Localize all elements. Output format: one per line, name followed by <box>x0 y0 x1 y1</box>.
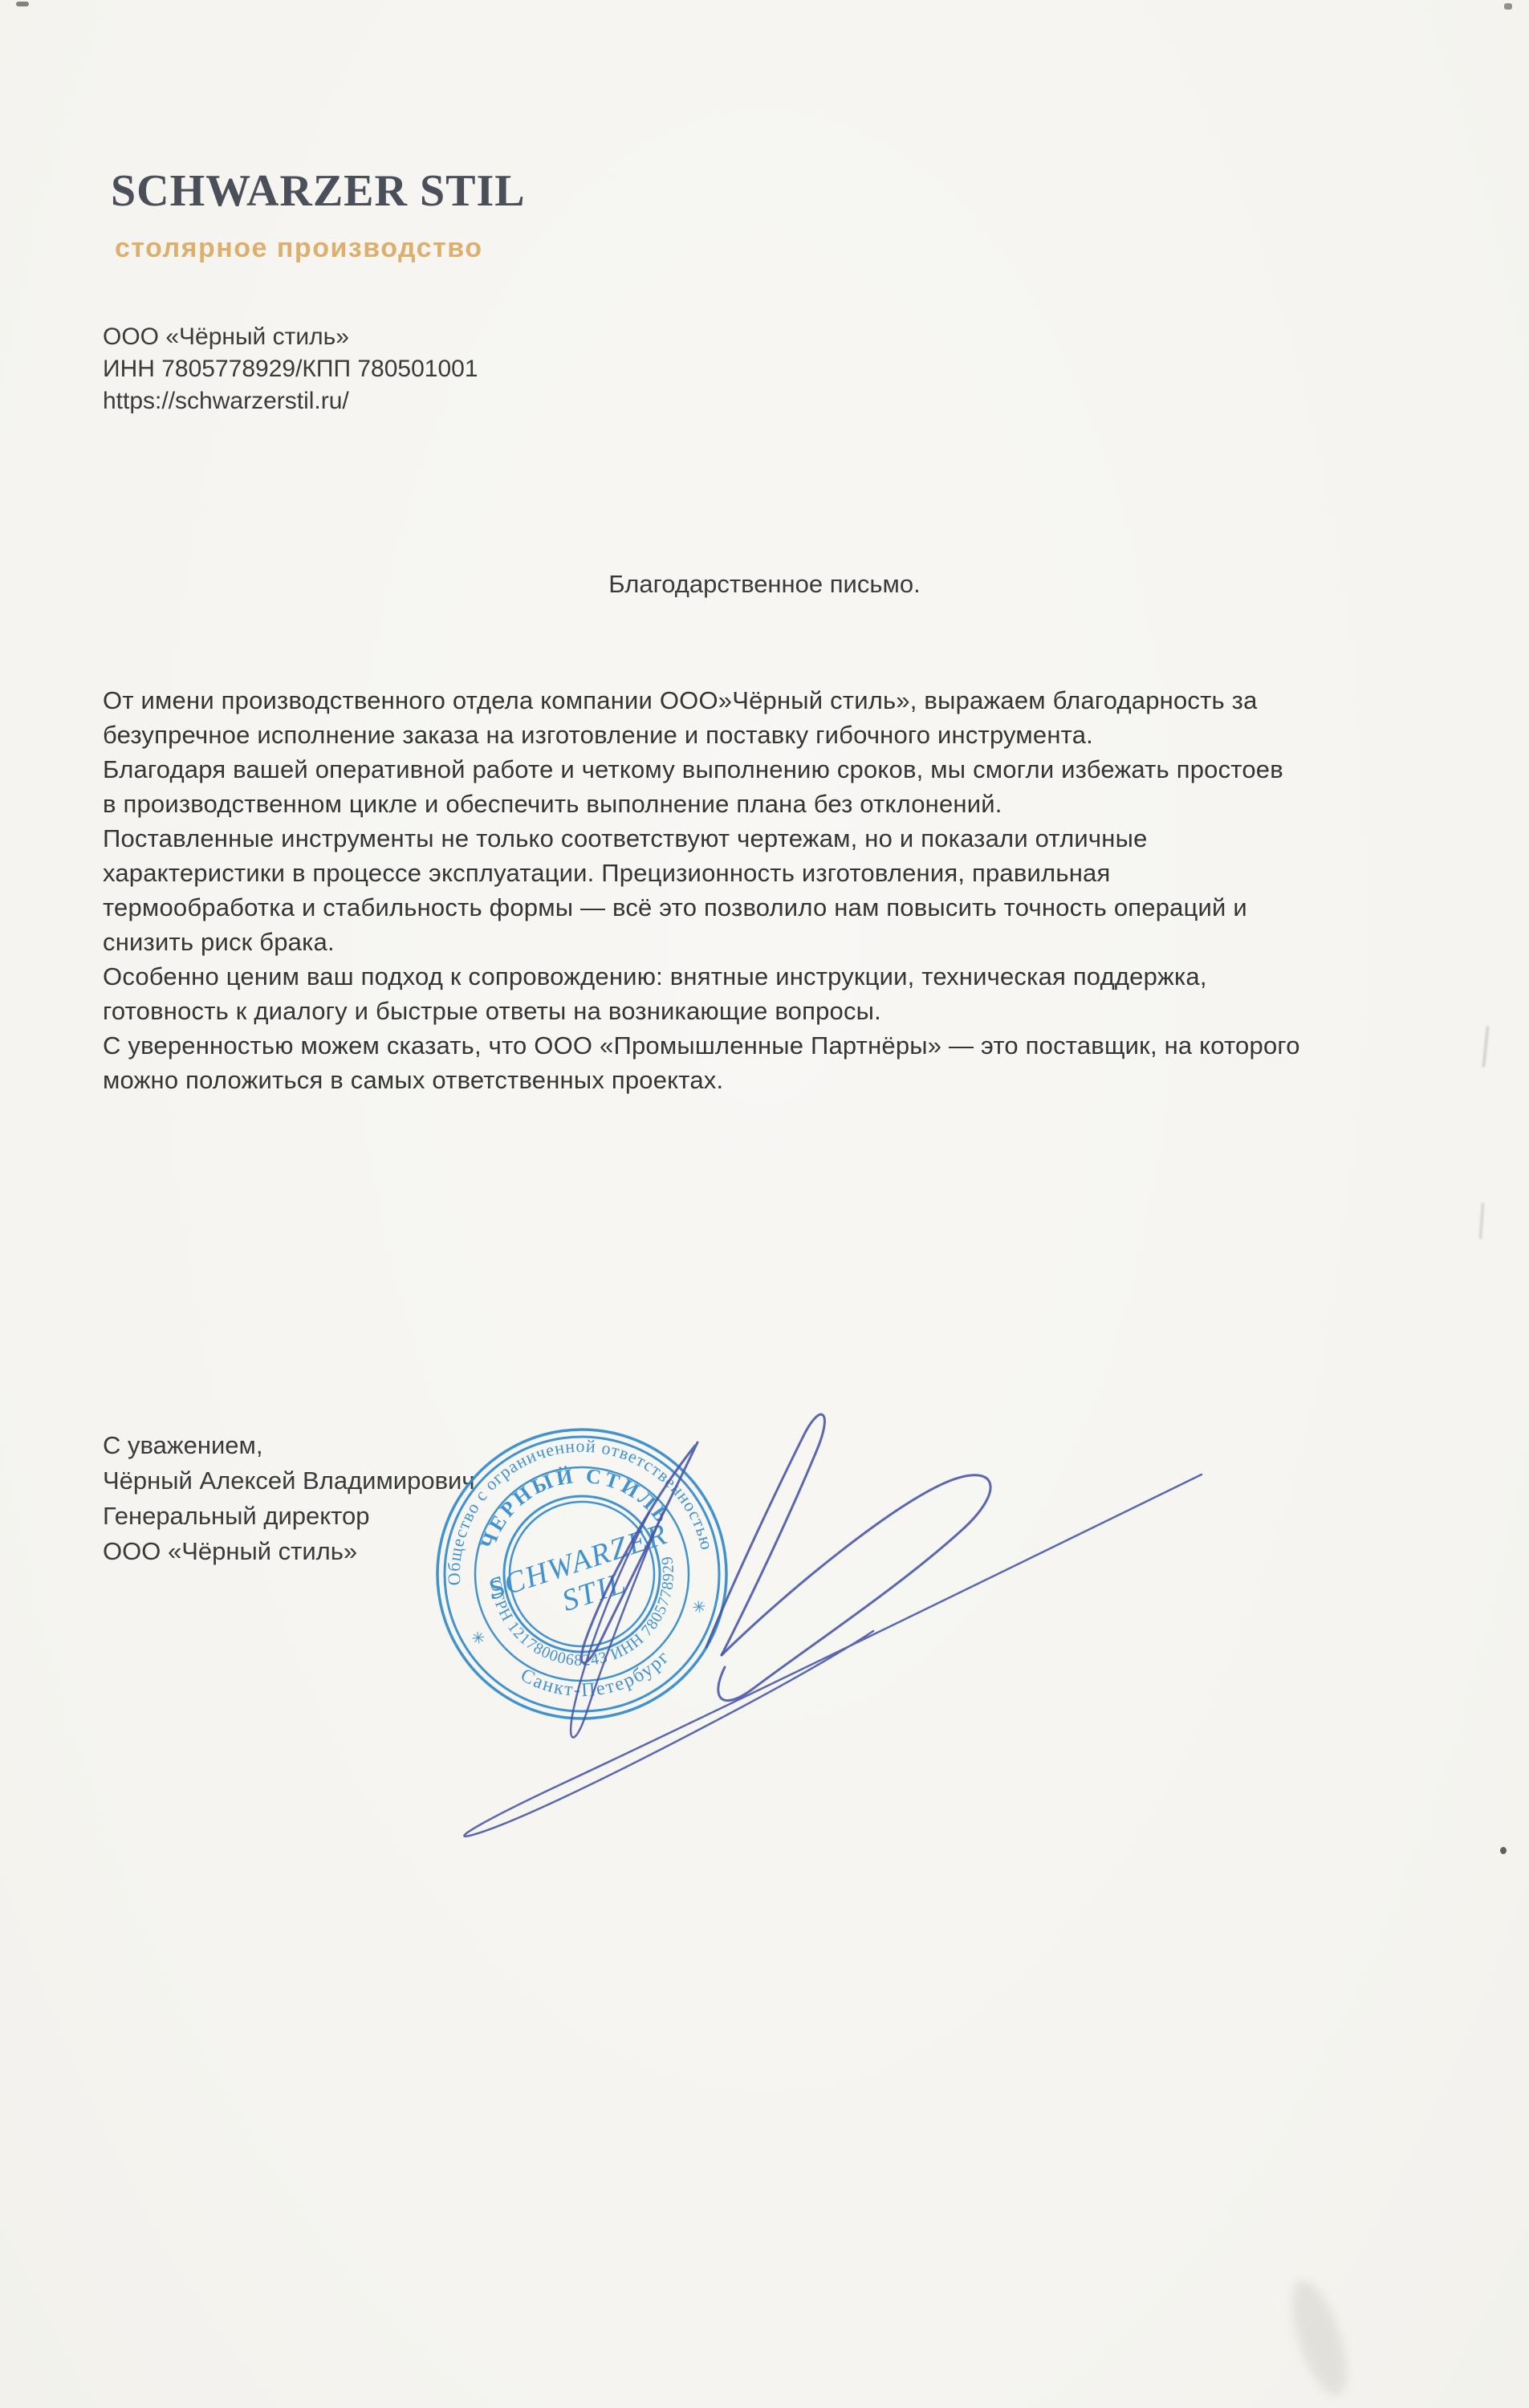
scanned-letter-page: SCHWARZER STIL столярное производство ОО… <box>0 0 1529 2408</box>
logo-subtitle: столярное производство <box>115 233 482 264</box>
letter-title: Благодарственное письмо. <box>0 570 1529 599</box>
body-line: Благодаря вашей оперативной работе и чет… <box>103 752 1300 787</box>
body-line: можно положиться в самых ответственных п… <box>103 1063 1300 1097</box>
signature-stroke <box>571 1512 663 1738</box>
body-line: Поставленные инструменты не только соотв… <box>103 821 1300 856</box>
signature-stroke <box>706 1414 824 1655</box>
body-line: в производственном цикле и обеспечить вы… <box>103 787 1300 821</box>
body-line: готовность к диалогу и быстрые ответы на… <box>103 994 1300 1028</box>
body-line: термообработка и стабильность формы — вс… <box>103 890 1300 925</box>
body-line: снизить риск брака. <box>103 925 1300 959</box>
signature-stroke <box>581 1442 697 1663</box>
company-website: https://schwarzerstil.ru/ <box>103 385 478 417</box>
scan-artifact-mark <box>1478 1202 1484 1239</box>
signature-stroke <box>464 1474 1202 1837</box>
body-line: Особенно ценим ваш подход к сопровождени… <box>103 959 1300 994</box>
scan-artifact-dot <box>1500 1847 1507 1854</box>
body-line: характеристики в процессе эксплуатации. … <box>103 856 1300 890</box>
scan-artifact-smudge <box>1281 2275 1358 2402</box>
company-name: ООО «Чёрный стиль» <box>103 321 478 353</box>
scan-artifact-mark <box>1482 1026 1489 1068</box>
body-line: От имени производственного отдела компан… <box>103 683 1300 718</box>
scan-artifact-corner <box>16 2 29 6</box>
company-info: ООО «Чёрный стиль» ИНН 7805778929/КПП 78… <box>103 321 478 417</box>
scan-artifact-corner <box>1504 3 1512 10</box>
company-inn-kpp: ИНН 7805778929/КПП 780501001 <box>103 353 478 385</box>
signature-stroke <box>718 1475 990 1701</box>
body-line: С уверенностью можем сказать, что ООО «П… <box>103 1028 1300 1063</box>
body-line: безупречное исполнение заказа на изготов… <box>103 718 1300 752</box>
letter-body: От имени производственного отдела компан… <box>103 683 1300 1097</box>
handwritten-signature <box>361 1348 1284 1910</box>
logo-title: SCHWARZER STIL <box>111 165 526 217</box>
